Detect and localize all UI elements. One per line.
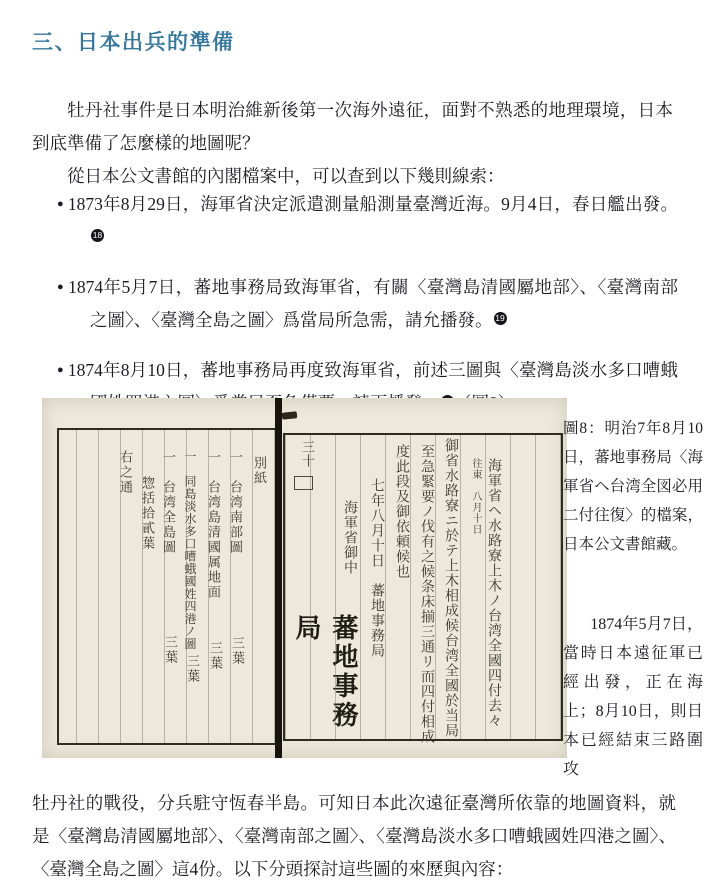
scan-text-column: 御省水路寮ニ於テ上木相成候台湾全國於当局 <box>440 438 460 738</box>
scan-text-column: 惣括拾貳葉 <box>138 476 157 551</box>
scan-text-column: 一 台湾全島圖 <box>159 450 178 555</box>
scan-fold-mark <box>282 411 298 420</box>
scan-text-column: 度此段及御依頼候也 <box>391 444 411 579</box>
scan-text-column: 三葉 <box>228 636 247 666</box>
side-paragraph: 1874年5月7日，當時日本遠征軍已經出發，正在海上；8月10日，則日本已經結束… <box>563 610 703 784</box>
scan-text-column: 一 同島淡水多口嘈蛾國姓四港ノ圖 <box>182 450 199 650</box>
bullet-dot-icon: ● <box>57 198 64 210</box>
footnote-badge-19: 19 <box>494 312 507 325</box>
scan-text-column: 三葉 <box>161 635 180 665</box>
scan-text-column: 別紙 <box>250 456 269 486</box>
footnote-badge-18: 18 <box>91 229 104 242</box>
bullet-text: 1874年5月7日，蕃地事務局致海軍省，有關〈臺灣島清國屬地部〉、〈臺灣南部之圖… <box>68 277 678 330</box>
scan-text-column: 右之通 <box>116 450 135 495</box>
scan-text-column: 海軍省御中 <box>339 500 359 575</box>
scan-text-column: 一 台湾南部圖 <box>226 450 245 555</box>
scan-text-column: 七年八月十日 蕃地事務局 <box>366 478 386 658</box>
bullet-item-1: ●1873年8月29日，海軍省決定派遣測量船測量臺灣近海。9月4日，春日艦出發。… <box>32 188 678 254</box>
bullet-dot-icon: ● <box>57 281 64 293</box>
bullet-item-2: ●1874年5月7日，蕃地事務局致海軍省，有關〈臺灣島清國屬地部〉、〈臺灣南部之… <box>32 271 678 337</box>
closing-paragraph: 牡丹社的戰役，分兵駐守恆春半島。可知日本此次遠征臺灣所依靠的地圖資料，就是〈臺灣… <box>32 787 676 885</box>
section-heading: 三、日本出兵的準備 <box>32 26 672 56</box>
scan-text-column: 三葉 <box>206 641 225 671</box>
scan-text-column: 至急緊要ノ伐有之候条床揃三通リ而四付相成 <box>416 444 436 744</box>
scan-binding-line <box>275 398 282 758</box>
scan-text-column: 一 台湾島清國属地面 <box>204 450 223 600</box>
scan-text-column: 三葉 <box>183 654 202 684</box>
archival-document-image: 別紙 一 台湾南部圖 三葉 一 台湾島清國属地面 三葉 一 同島淡水多口嘈蛾國姓… <box>42 398 567 758</box>
figure-8-block: 別紙 一 台湾南部圖 三葉 一 台湾島清國属地面 三葉 一 同島淡水多口嘈蛾國姓… <box>0 395 705 775</box>
scan-text-column: 海軍省ヘ水路寮上木ノ台湾全國四付去々 <box>483 458 503 728</box>
scan-text-column: 往東 八月十日 <box>468 458 483 535</box>
intro-paragraph-1: 牡丹社事件是日本明治維新後第一次海外遠征，面對不熟悉的地理環境，日本到底準備了怎… <box>32 94 673 160</box>
figure-caption: 圖8：明治7年8月10日，蕃地事務局〈海軍省ヘ台湾全図必用二付往復〉的檔案，日本… <box>563 414 703 559</box>
bullet-dot-icon: ● <box>57 364 64 376</box>
bullet-text: 1873年8月29日，海軍省決定派遣測量船測量臺灣近海。9月4日，春日艦出發。 <box>68 194 678 214</box>
